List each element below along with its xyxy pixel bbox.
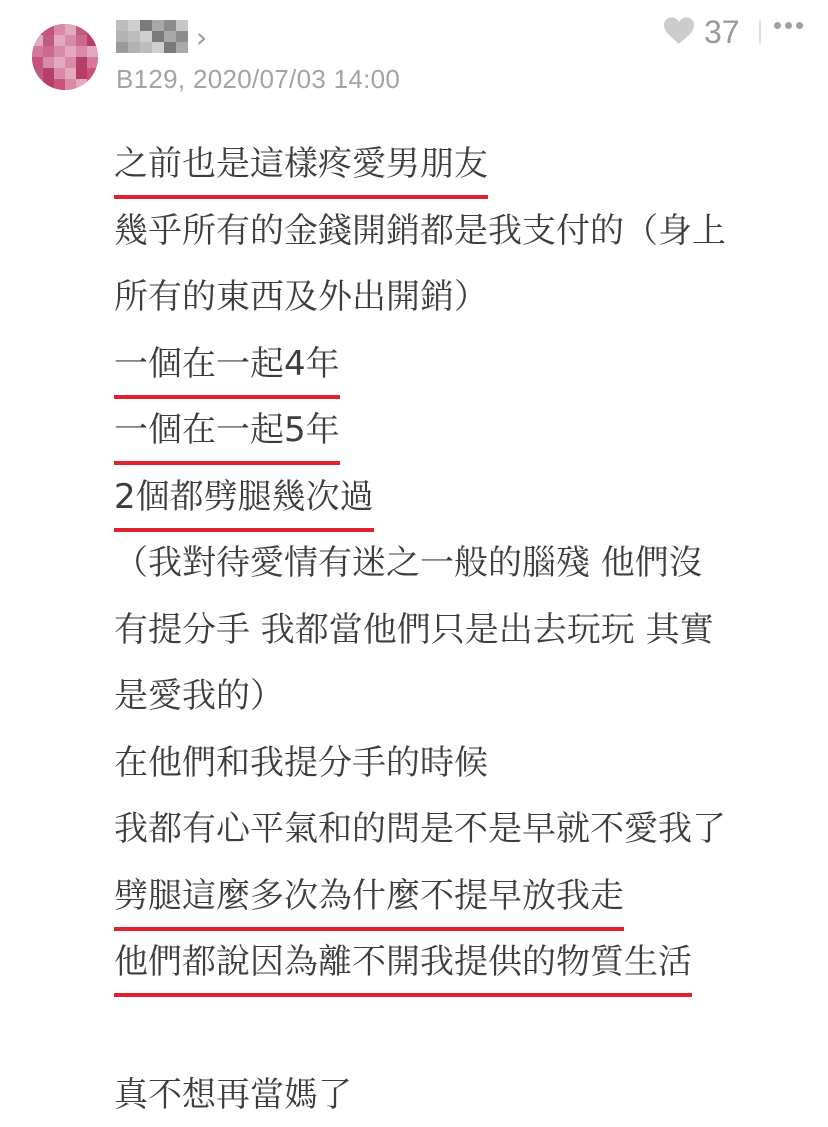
highlighted-line: 一個在一起5年 xyxy=(114,402,814,469)
divider xyxy=(759,20,761,44)
post-content: 之前也是這樣疼愛男朋友幾乎所有的金錢開銷都是我支付的（身上所有的東西及外出開銷）… xyxy=(114,136,814,1127)
line-text: 我都有心平氣和的問是不是早就不愛我了 xyxy=(114,801,726,857)
line-text: 劈腿這麼多次為什麼不提早放我走 xyxy=(114,868,624,924)
content-line: 在他們和我提分手的時候 xyxy=(114,735,814,802)
content-line: 我都有心平氣和的問是不是早就不愛我了 xyxy=(114,801,814,868)
content-line: 幾乎所有的金錢開銷都是我支付的（身上 xyxy=(114,203,814,270)
line-text: （我對待愛情有迷之一般的腦殘 他們沒 xyxy=(114,535,703,591)
like-button[interactable]: 37 xyxy=(664,14,740,51)
content-line xyxy=(114,1001,814,1068)
line-text: 有提分手 我都當他們只是出去玩玩 其實 xyxy=(114,602,714,658)
author-name-blurred[interactable] xyxy=(116,20,186,52)
highlighted-line: 之前也是這樣疼愛男朋友 xyxy=(114,136,814,203)
content-line: 是愛我的） xyxy=(114,668,814,735)
line-text: 真不想再當媽了 xyxy=(114,1067,352,1123)
like-count: 37 xyxy=(704,14,740,51)
highlighted-line: 劈腿這麼多次為什麼不提早放我走 xyxy=(114,868,814,935)
line-text: 是愛我的） xyxy=(114,668,284,724)
line-text: 一個在一起5年 xyxy=(114,402,340,458)
highlighted-line: 2個都劈腿幾次過 xyxy=(114,469,814,536)
line-text: 幾乎所有的金錢開銷都是我支付的（身上 xyxy=(114,203,726,259)
dot-icon xyxy=(774,22,781,29)
post-meta: B129, 2020/07/03 14:00 xyxy=(116,64,400,95)
line-text: 一個在一起4年 xyxy=(114,336,340,392)
dot-icon xyxy=(785,22,792,29)
line-text: 他們都說因為離不開我提供的物質生活 xyxy=(114,934,692,990)
highlighted-line: 一個在一起4年 xyxy=(114,336,814,403)
highlighted-line: 他們都說因為離不開我提供的物質生活 xyxy=(114,934,814,1001)
chevron-right-icon[interactable]: › xyxy=(196,20,207,56)
content-line: 有提分手 我都當他們只是出去玩玩 其實 xyxy=(114,602,814,669)
more-options-button[interactable] xyxy=(774,22,803,29)
content-line: （我對待愛情有迷之一般的腦殘 他們沒 xyxy=(114,535,814,602)
content-line: 所有的東西及外出開銷） xyxy=(114,269,814,336)
dot-icon xyxy=(796,22,803,29)
content-line: 真不想再當媽了 xyxy=(114,1067,814,1127)
heart-icon xyxy=(664,17,694,49)
line-text: 之前也是這樣疼愛男朋友 xyxy=(114,136,488,192)
line-text: 所有的東西及外出開銷） xyxy=(114,269,488,325)
line-text: 在他們和我提分手的時候 xyxy=(114,735,488,791)
line-text: 2個都劈腿幾次過 xyxy=(114,469,374,525)
avatar[interactable] xyxy=(32,24,98,90)
